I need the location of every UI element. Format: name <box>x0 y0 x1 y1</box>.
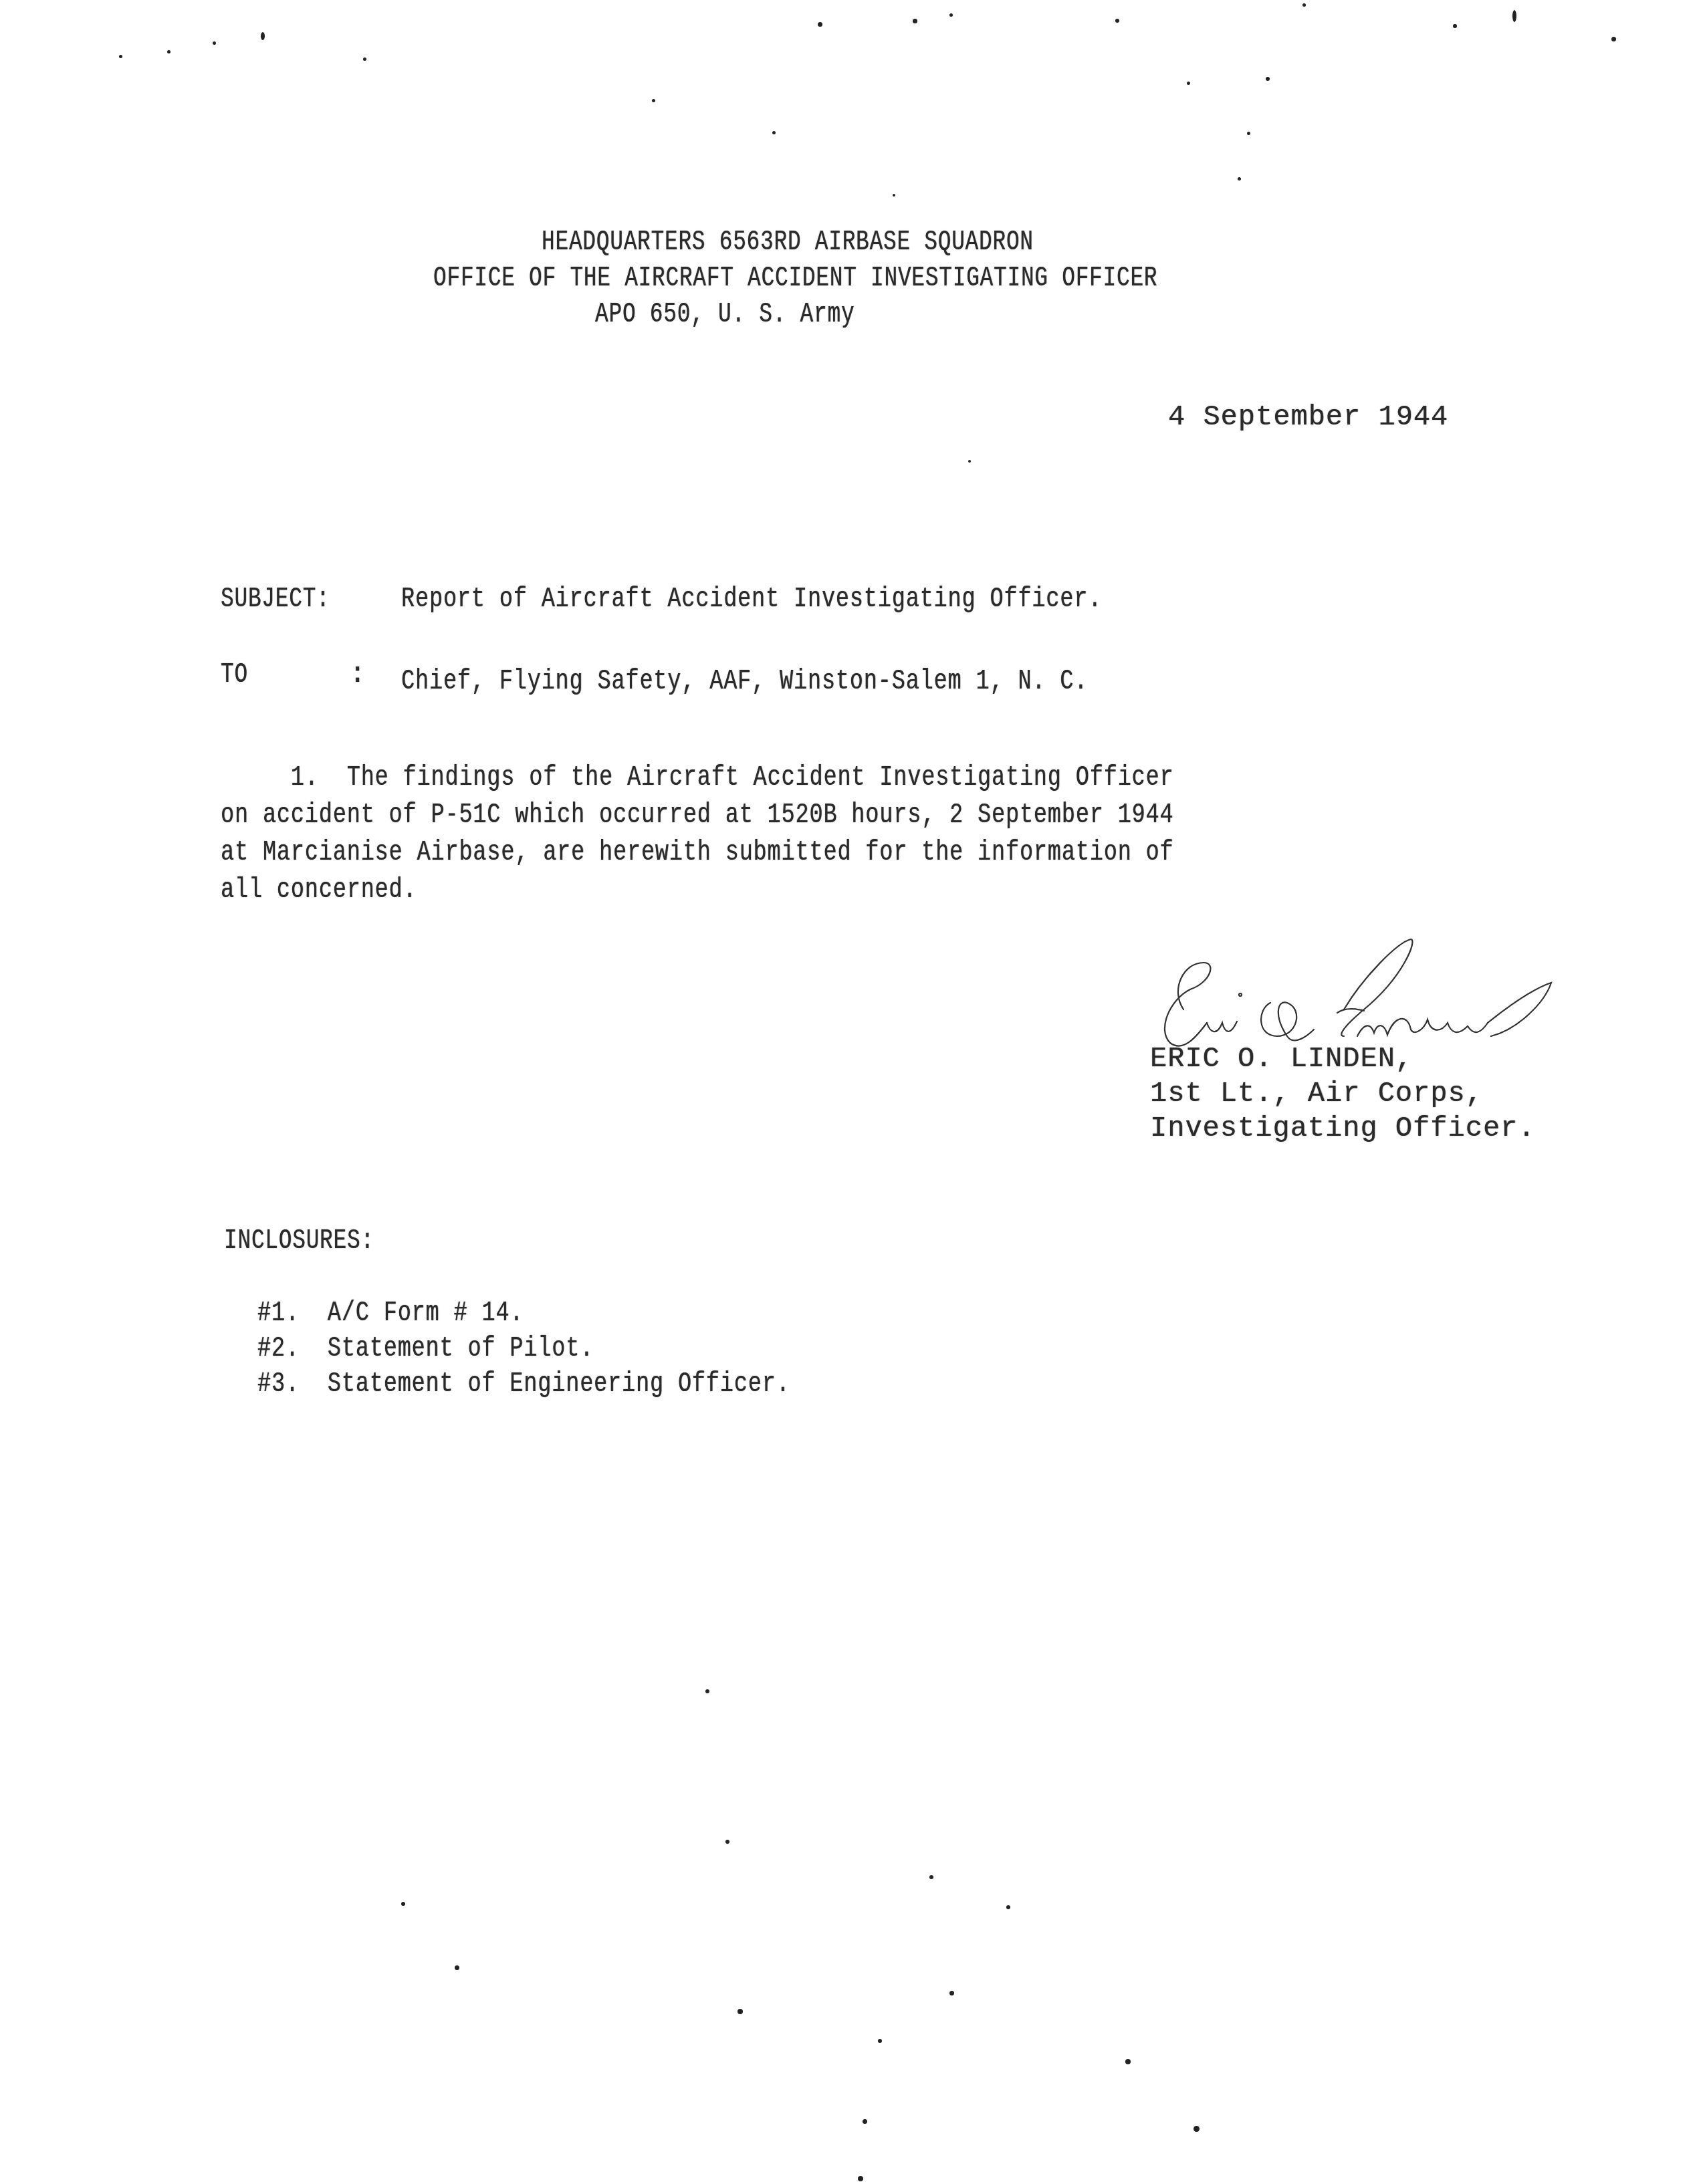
signer-name: ERIC O. LINDEN, <box>1150 1043 1413 1075</box>
body-paragraph: 1. The findings of the Aircraft Accident… <box>221 759 1174 908</box>
inclosure-item: #3. Statement of Engineering Officer. <box>257 1366 790 1402</box>
to-label: TO <box>221 658 248 691</box>
to-value: Chief, Flying Safety, AAF, Winston-Salem… <box>401 665 1088 697</box>
inclosures-heading: INCLOSURES: <box>224 1225 374 1257</box>
signer-rank: 1st Lt., Air Corps, <box>1150 1078 1483 1110</box>
signer-title: Investigating Officer. <box>1150 1112 1536 1144</box>
document-date: 4 September 1944 <box>1168 401 1448 433</box>
subject-value: Report of Aircraft Accident Investigatin… <box>401 583 1102 615</box>
inclosure-item: #2. Statement of Pilot. <box>257 1331 790 1366</box>
to-colon: : <box>349 658 366 691</box>
subject-label: SUBJECT: <box>221 583 330 615</box>
inclosures-list: #1. A/C Form # 14.#2. Statement of Pilot… <box>257 1296 790 1402</box>
letterhead-office: OFFICE OF THE AIRCRAFT ACCIDENT INVESTIG… <box>433 262 1157 294</box>
inclosure-item: #1. A/C Form # 14. <box>257 1296 790 1331</box>
letterhead-apo: APO 650, U. S. Army <box>595 298 855 330</box>
letterhead-unit: HEADQUARTERS 6563RD AIRBASE SQUADRON <box>542 226 1034 258</box>
